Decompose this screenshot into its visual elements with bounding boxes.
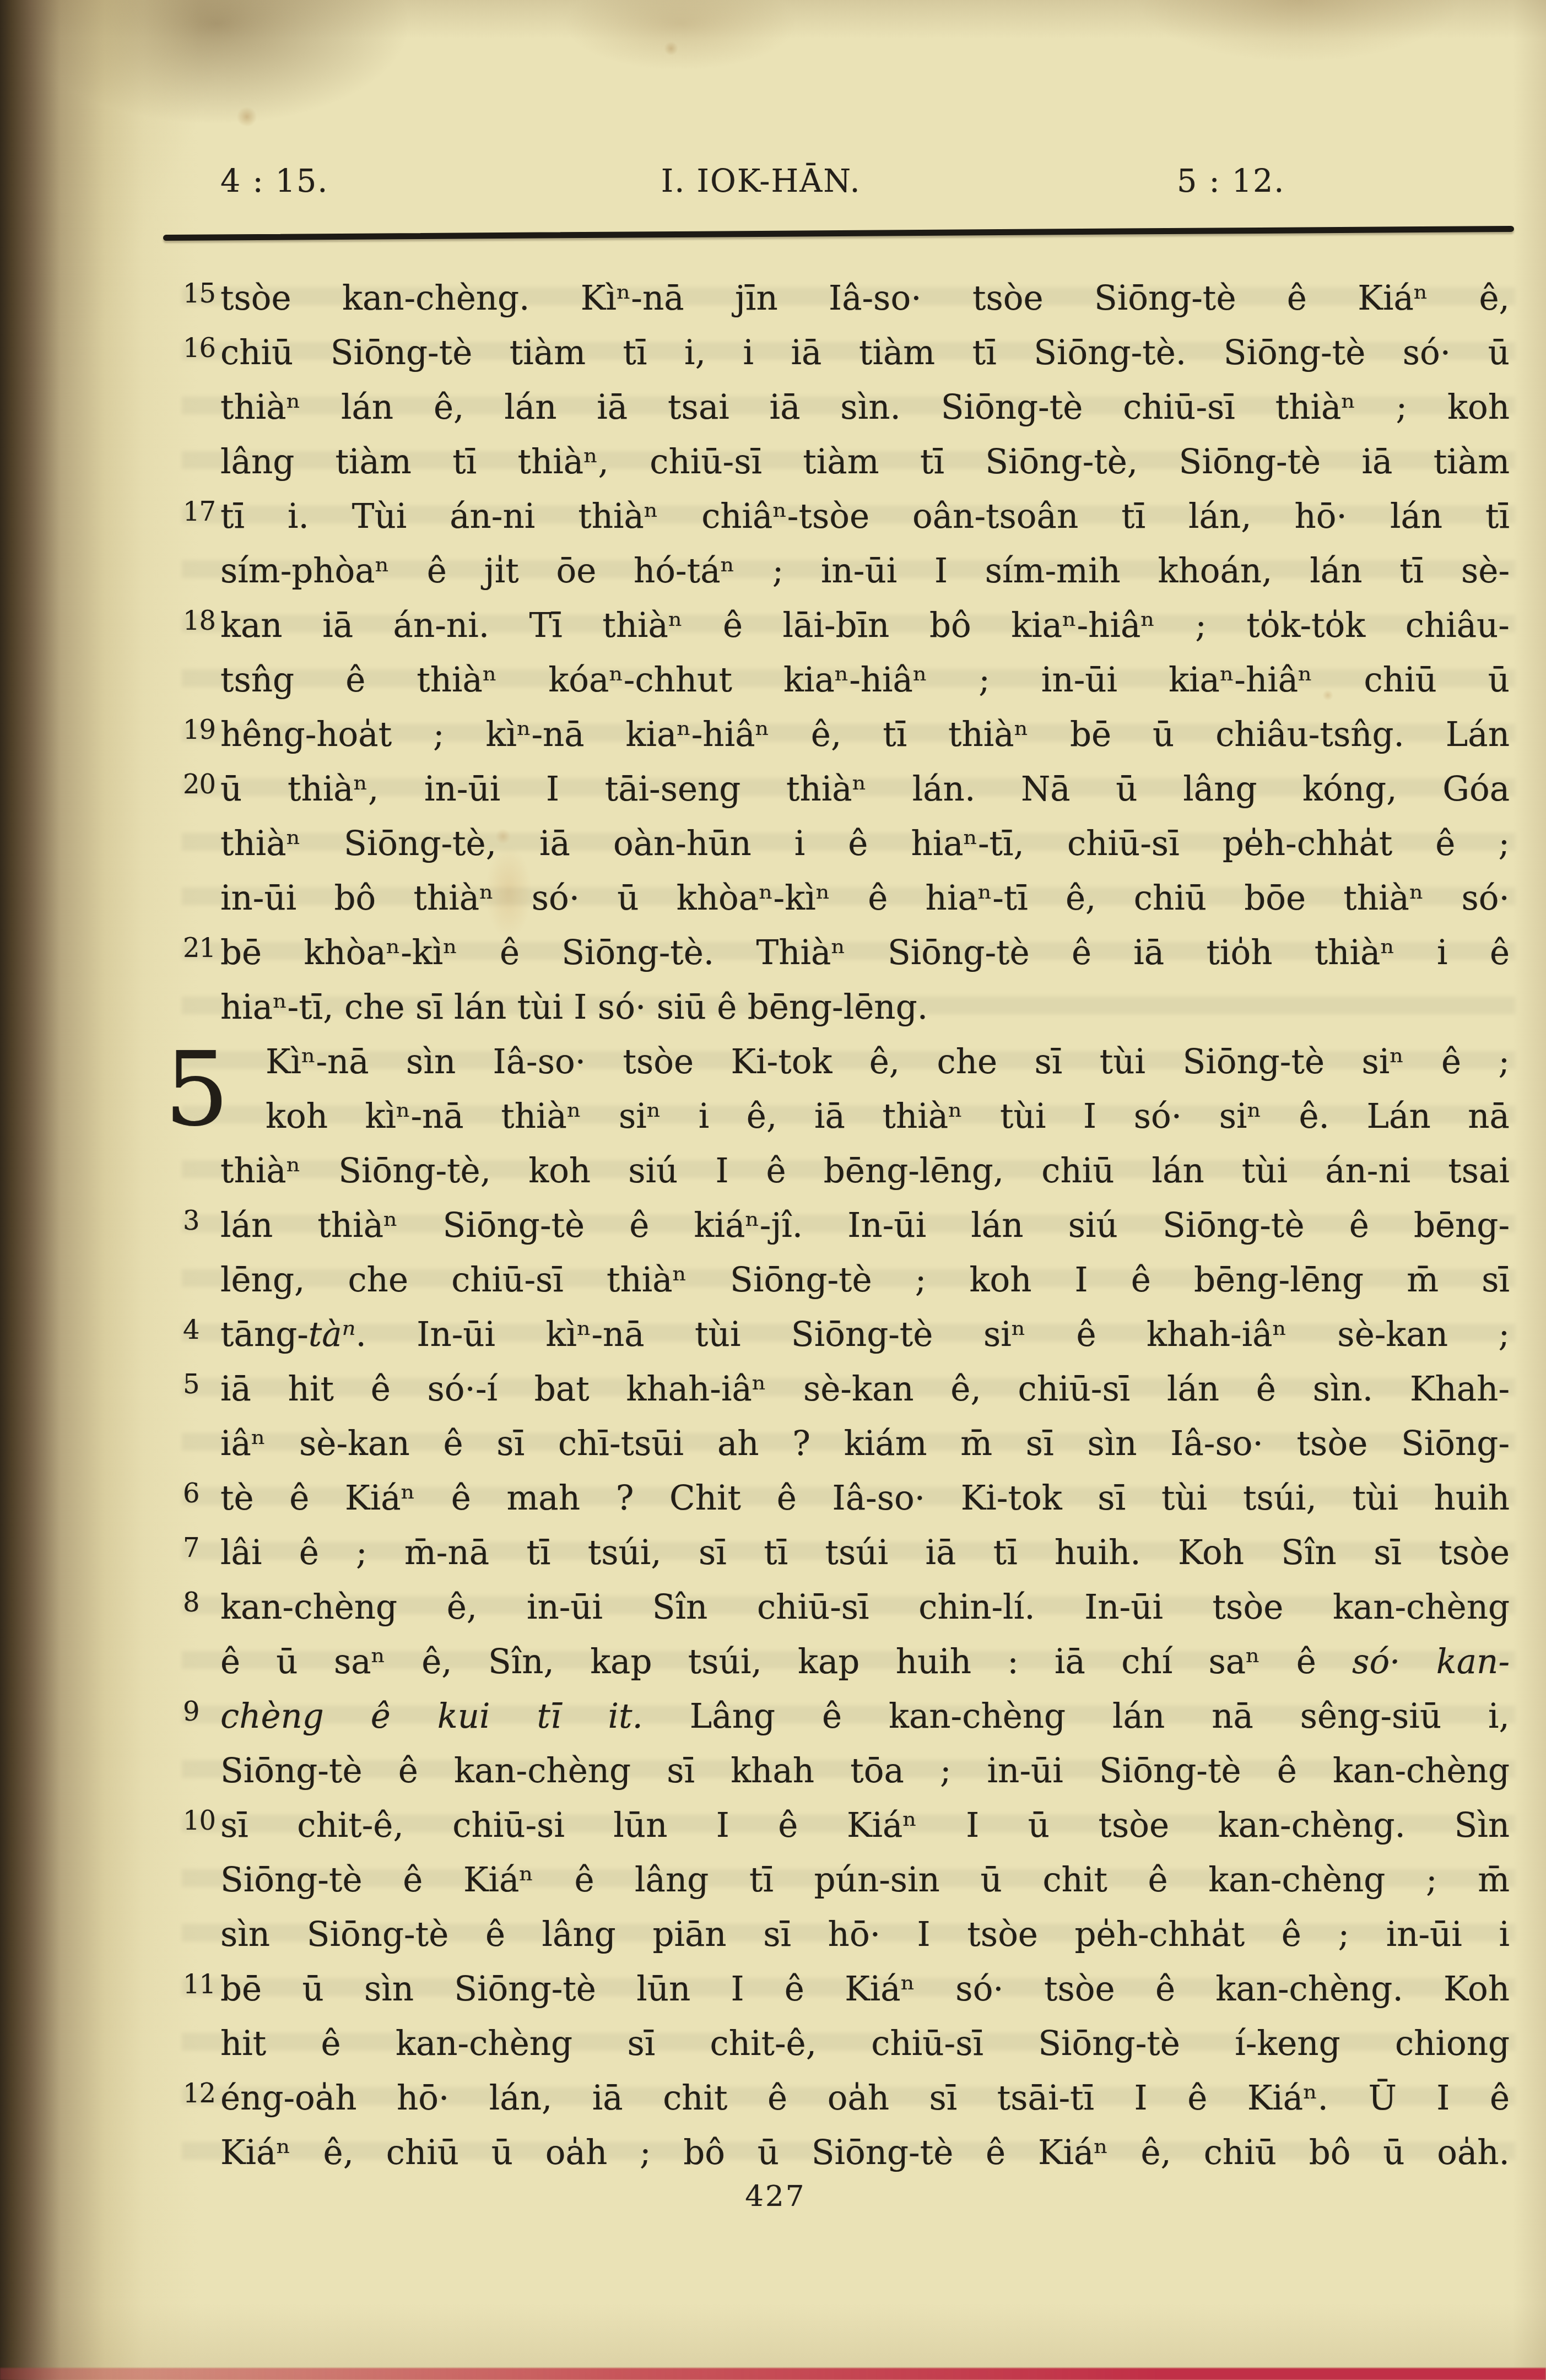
text-line: 7lâi ê ; m̄-nā tī tsúi, sī tī tsúi iā tī… [220, 1526, 1510, 1580]
text-line: 21bē khòaⁿ-kìⁿ ê Siōng-tè. Thiàⁿ Siōng-t… [220, 926, 1510, 980]
verse-text: hit ê kan-chèng sī chit-ê, chiū-sī Siōng… [220, 2024, 1510, 2063]
red-page-edge [0, 2368, 1546, 2380]
verse-number: 4 [183, 1303, 199, 1357]
verse-text: Lâng ê kan-chèng lán nā sêng-siū i, [643, 1697, 1510, 1736]
verse-text: hiaⁿ-tī, che sī lán tùi I só· siū ê bēng… [220, 988, 928, 1027]
text-line: 15tsòe kan-chèng. Kìⁿ-nā jīn Iâ-so· tsòe… [220, 271, 1510, 326]
text-line: 18kan iā án-ni. Tī thiàⁿ ê lāi-bīn bô ki… [220, 598, 1510, 653]
verse-text: Kìⁿ-nā sìn Iâ-so· tsòe Ki-tok ê, che sī … [266, 1042, 1510, 1081]
verse-text: tī i. Tùi án-ni thiàⁿ chiâⁿ-tsòe oân-tso… [220, 497, 1510, 536]
verse-text: bē ū sìn Siōng-tè lūn I ê Kiáⁿ só· tsòe … [220, 1970, 1510, 2009]
verse-text: lán thiàⁿ Siōng-tè ê kiáⁿ-jî. In-ūi lán … [220, 1206, 1510, 1245]
verse-text: tsn̂g ê thiàⁿ kóaⁿ-chhut kiaⁿ-hiâⁿ ; in-… [220, 661, 1510, 700]
verse-number: 9 [183, 1685, 199, 1739]
verse-number: 5 [183, 1357, 199, 1412]
scanned-book-page: 4 : 15. I. IOK-HĀN. 5 : 12. 15tsòe kan-c… [0, 0, 1546, 2380]
text-line: thiàⁿ Siōng-tè, koh siú I ê bēng-lēng, c… [220, 1144, 1510, 1198]
text-line: 3lán thiàⁿ Siōng-tè ê kiáⁿ-jî. In-ūi lán… [220, 1198, 1510, 1253]
header-rule [163, 226, 1514, 241]
verse-text: lâng tiàm tī thiàⁿ, chiū-sī tiàm tī Siōn… [220, 442, 1510, 482]
verse-text: kan-chèng ê, in-ūi Sîn chiū-sī chin-lí. … [220, 1588, 1510, 1627]
text-line: 4tāng-tàⁿ. In-ūi kìⁿ-nā tùi Siōng-tè siⁿ… [220, 1307, 1510, 1362]
verse-text: tè ê Kiáⁿ ê mah ? Chit ê Iâ-so· Ki-tok s… [220, 1479, 1510, 1518]
text-line: 9chèng ê kui tī it. Lâng ê kan-chèng lán… [220, 1689, 1510, 1744]
text-line: hit ê kan-chèng sī chit-ê, chiū-sī Siōng… [220, 2016, 1510, 2071]
verse-text: thiàⁿ Siōng-tè, koh siú I ê bēng-lēng, c… [220, 1151, 1510, 1191]
verse-number: 11 [183, 1957, 215, 2012]
text-line: in-ūi bô thiàⁿ só· ū khòaⁿ-kìⁿ ê hiaⁿ-tī… [220, 871, 1510, 926]
text-line: tsn̂g ê thiàⁿ kóaⁿ-chhut kiaⁿ-hiâⁿ ; in-… [220, 653, 1510, 707]
verse-number: 8 [183, 1576, 199, 1630]
verse-text: . In-ūi kìⁿ-nā tùi Siōng-tè siⁿ ê khah-i… [355, 1315, 1510, 1354]
text-line: thiàⁿ Siōng-tè, iā oàn-hūn i ê hiaⁿ-tī, … [220, 816, 1510, 871]
verse-number: 20 [183, 758, 215, 812]
verse-text: sím-phòaⁿ ê ji̍t ōe hó-táⁿ ; in-ūi I sím… [220, 551, 1510, 591]
text-line: Siōng-tè ê Kiáⁿ ê lâng tī pún-sin ū chit… [220, 1853, 1510, 1907]
verse-text: tsòe kan-chèng. Kìⁿ-nā jīn Iâ-so· tsòe S… [220, 279, 1510, 318]
verse-text-italic: tàⁿ [309, 1315, 356, 1354]
text-line: 20ū thiàⁿ, in-ūi I tāi-seng thiàⁿ lán. N… [220, 762, 1510, 816]
verse-text: kan iā án-ni. Tī thiàⁿ ê lāi-bīn bô kiaⁿ… [220, 606, 1510, 645]
verse-number: 12 [183, 2067, 215, 2121]
text-line: 16chiū Siōng-tè tiàm tī i, i iā tiàm tī … [220, 326, 1510, 380]
text-line: 8kan-chèng ê, in-ūi Sîn chiū-sī chin-lí.… [220, 1580, 1510, 1635]
text-line: 11bē ū sìn Siōng-tè lūn I ê Kiáⁿ só· tsò… [220, 1962, 1510, 2016]
text-line: 6tè ê Kiáⁿ ê mah ? Chit ê Iâ-so· Ki-tok … [220, 1471, 1510, 1526]
text-line: 17tī i. Tùi án-ni thiàⁿ chiâⁿ-tsòe oân-t… [220, 489, 1510, 544]
text-line: ê ū saⁿ ê, Sîn, kap tsúi, kap huih : iā … [220, 1635, 1510, 1689]
verse-text: hêng-hoa̍t ; kìⁿ-nā kiaⁿ-hiâⁿ ê, tī thià… [220, 715, 1510, 754]
verse-text: Kiáⁿ ê, chiū ū oa̍h ; bô ū Siōng-tè ê Ki… [220, 2133, 1510, 2172]
header-verse-ref-left: 4 : 15. [220, 162, 328, 201]
text-line: koh kìⁿ-nā thiàⁿ siⁿ i ê, iā thiàⁿ tùi I… [220, 1089, 1510, 1144]
text-line: Kiáⁿ ê, chiū ū oa̍h ; bô ū Siōng-tè ê Ki… [220, 2125, 1510, 2180]
verse-text-italic: só· kan- [1352, 1642, 1510, 1681]
text-line: 10sī chit-ê, chiū-si lūn I ê Kiáⁿ I ū ts… [220, 1798, 1510, 1853]
verse-text: éng-oa̍h hō· lán, iā chit ê oa̍h sī tsāi… [220, 2079, 1510, 2118]
verse-number: 7 [183, 1521, 199, 1576]
text-line: sím-phòaⁿ ê ji̍t ōe hó-táⁿ ; in-ūi I sím… [220, 544, 1510, 598]
spine-gutter-shadow [0, 0, 198, 2380]
text-line: 5Kìⁿ-nā sìn Iâ-so· tsòe Ki-tok ê, che sī… [220, 1035, 1510, 1089]
verse-number: 15 [183, 267, 215, 321]
header-book-title: I. IOK-HĀN. [661, 162, 861, 201]
verse-text: ū thiàⁿ, in-ūi I tāi-seng thiàⁿ lán. Nā … [220, 770, 1510, 809]
verse-text: ê ū saⁿ ê, Sîn, kap tsúi, kap huih : iā … [220, 1642, 1352, 1681]
text-body: 15tsòe kan-chèng. Kìⁿ-nā jīn Iâ-so· tsòe… [220, 271, 1510, 2180]
verse-text: thiàⁿ lán ê, lán iā tsai iā sìn. Siōng-t… [220, 388, 1510, 427]
verse-text: Siōng-tè ê kan-chèng sī khah tōa ; in-ūi… [220, 1751, 1510, 1791]
verse-number: 16 [183, 321, 215, 376]
verse-number: 10 [183, 1794, 215, 1848]
verse-text: chiū Siōng-tè tiàm tī i, i iā tiàm tī Si… [220, 333, 1510, 372]
verse-text: iâⁿ sè-kan ê sī chī-tsūi ah ? kiám m̄ sī… [220, 1424, 1510, 1463]
verse-text: iā hit ê só·-í bat khah-iâⁿ sè-kan ê, ch… [220, 1370, 1510, 1409]
verse-number: 18 [183, 594, 215, 648]
verse-text: koh kìⁿ-nā thiàⁿ siⁿ i ê, iā thiàⁿ tùi I… [266, 1097, 1510, 1136]
text-line: iâⁿ sè-kan ê sī chī-tsūi ah ? kiám m̄ sī… [220, 1416, 1510, 1471]
text-line: thiàⁿ lán ê, lán iā tsai iā sìn. Siōng-t… [220, 380, 1510, 435]
verse-number: 19 [183, 703, 215, 758]
page-number: 427 [745, 2179, 806, 2213]
text-line: 19hêng-hoa̍t ; kìⁿ-nā kiaⁿ-hiâⁿ ê, tī th… [220, 707, 1510, 762]
verse-text: tāng- [220, 1315, 309, 1354]
verse-number: 17 [183, 485, 215, 539]
text-line: Siōng-tè ê kan-chèng sī khah tōa ; in-ūi… [220, 1744, 1510, 1798]
verse-text: Siōng-tè ê Kiáⁿ ê lâng tī pún-sin ū chit… [220, 1860, 1510, 1900]
verse-number: 21 [183, 921, 215, 976]
verse-text: bē khòaⁿ-kìⁿ ê Siōng-tè. Thiàⁿ Siōng-tè … [220, 933, 1510, 972]
verse-text: thiàⁿ Siōng-tè, iā oàn-hūn i ê hiaⁿ-tī, … [220, 824, 1510, 863]
verse-text: in-ūi bô thiàⁿ só· ū khòaⁿ-kìⁿ ê hiaⁿ-tī… [220, 879, 1510, 918]
verse-text: lēng, che chiū-sī thiàⁿ Siōng-tè ; koh I… [220, 1261, 1510, 1300]
verse-text: sī chit-ê, chiū-si lūn I ê Kiáⁿ I ū tsòe… [220, 1806, 1510, 1845]
text-line: 12éng-oa̍h hō· lán, iā chit ê oa̍h sī ts… [220, 2071, 1510, 2125]
verse-text: sìn Siōng-tè ê lâng piān sī hō· I tsòe p… [220, 1915, 1510, 1954]
text-line: lâng tiàm tī thiàⁿ, chiū-sī tiàm tī Siōn… [220, 435, 1510, 489]
verse-text-italic: chèng ê kui tī it. [220, 1697, 643, 1736]
verse-text: lâi ê ; m̄-nā tī tsúi, sī tī tsúi iā tī … [220, 1533, 1510, 1572]
verse-number: 3 [183, 1194, 199, 1248]
text-line: 5iā hit ê só·-í bat khah-iâⁿ sè-kan ê, c… [220, 1362, 1510, 1416]
chapter-drop-cap: 5 [164, 1038, 229, 1140]
verse-number: 6 [183, 1467, 199, 1521]
text-line: hiaⁿ-tī, che sī lán tùi I só· siū ê bēng… [220, 980, 1510, 1035]
text-line: lēng, che chiū-sī thiàⁿ Siōng-tè ; koh I… [220, 1253, 1510, 1307]
text-line: sìn Siōng-tè ê lâng piān sī hō· I tsòe p… [220, 1907, 1510, 1962]
header-verse-ref-right: 5 : 12. [1177, 162, 1285, 201]
